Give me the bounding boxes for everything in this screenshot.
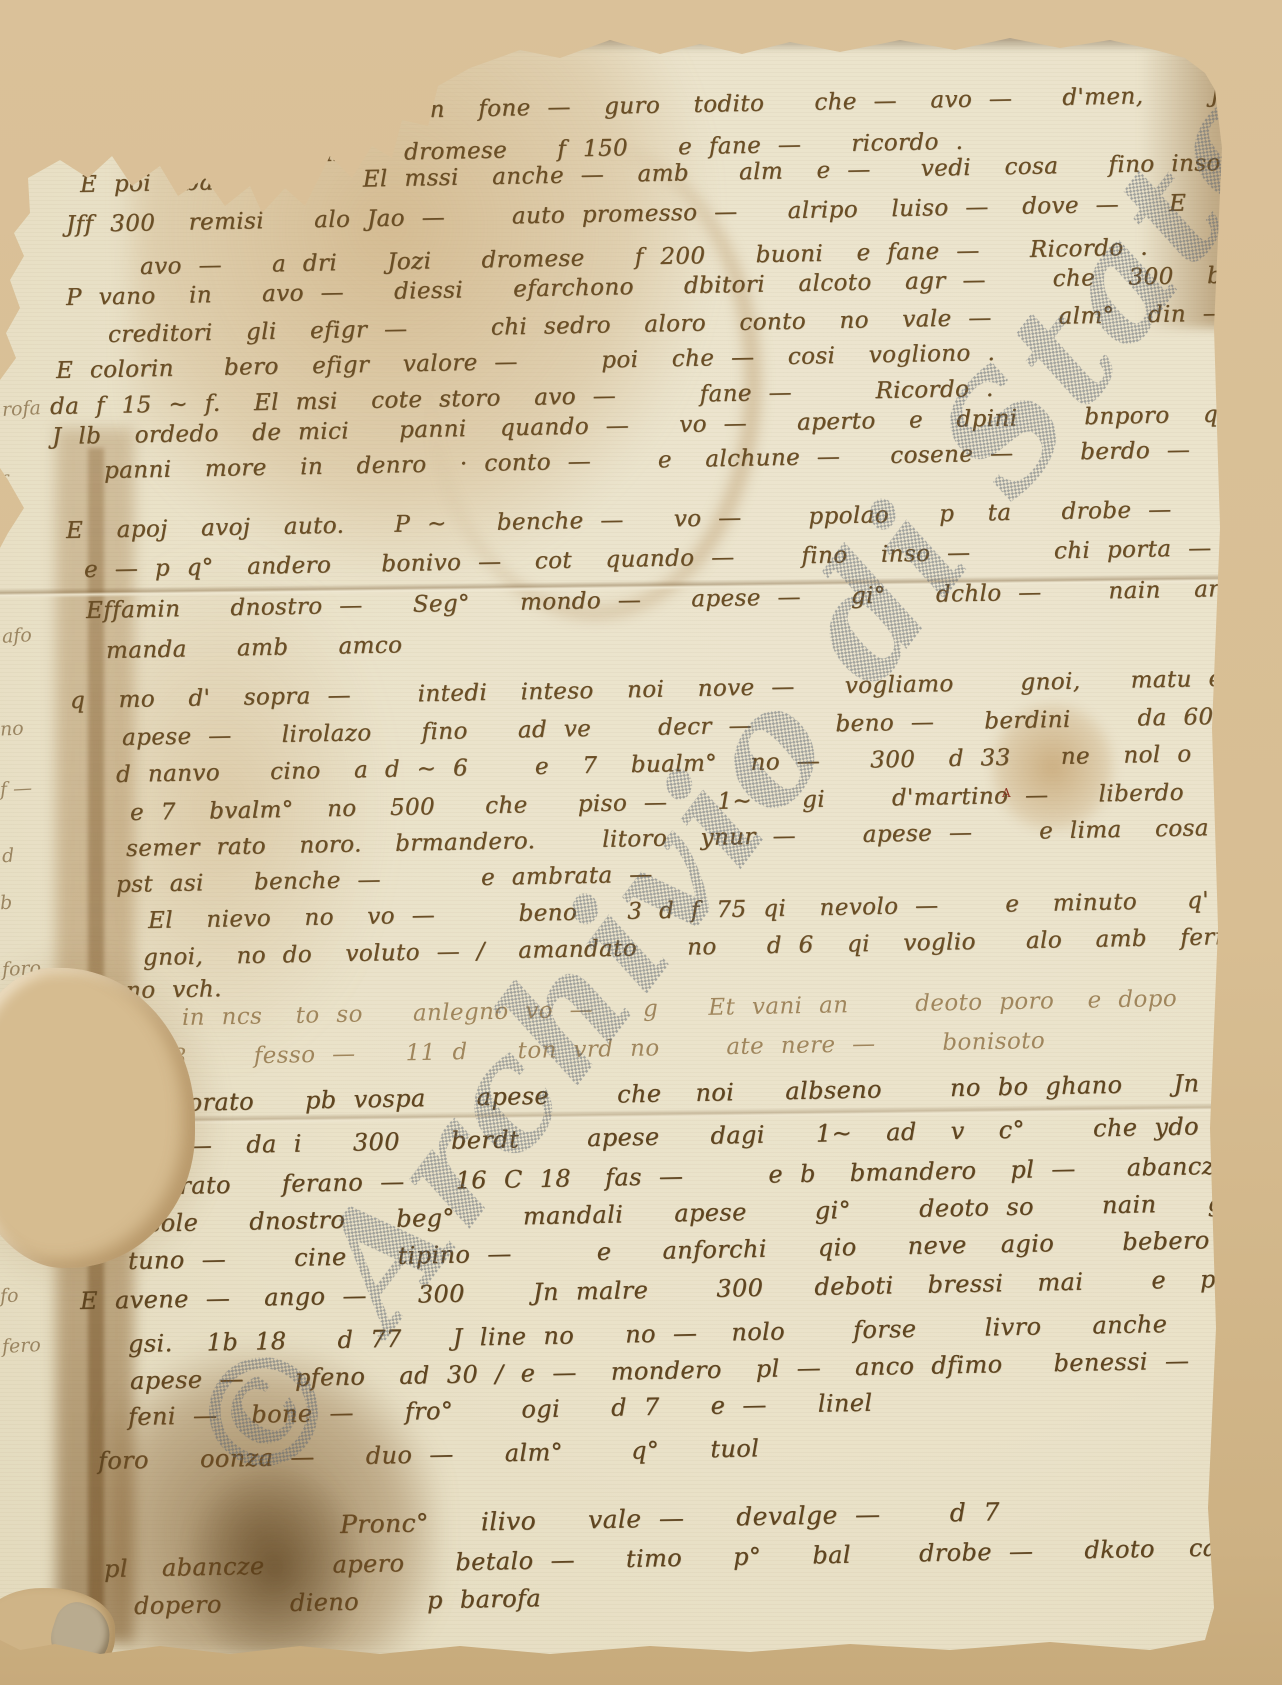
manuscript-line: pst asi benche — e ambrata — (116, 862, 653, 898)
manuscript-line: feni — bone — fro° ogi d 7 e — linel (128, 1389, 873, 1431)
manuscript-line: El mssi amb — alorin fone — guro todito … (120, 80, 1282, 129)
manuscript-line: E colorin bero efigr valore — poi che — … (56, 340, 996, 384)
signature-line: Pronc° ilivo vale — devalge — d 7 (340, 1497, 1000, 1539)
manuscript-line: in ncs to so anlegno vo — g Et vani an d… (182, 982, 1282, 1031)
scanned-document: El mssi amb — alorin fone — guro todito … (0, 0, 1282, 1685)
margin-fragment: d (1, 845, 14, 868)
margin-fragment: afo (1, 624, 32, 648)
margin-fragment: fero (1, 1334, 41, 1358)
margin-fragment: rofa (1, 397, 41, 421)
margin-fragment: f (0, 472, 8, 494)
manuscript-sheet: El mssi amb — alorin fone — guro todito … (0, 28, 1237, 1658)
top-edge-shadow (420, 28, 1220, 52)
margin-fragment: f — (0, 777, 33, 801)
manuscript-line: manda amb amco (106, 632, 403, 664)
manuscript-line: dopero dieno p barofa (134, 1584, 542, 1620)
margin-fragment: b (0, 892, 13, 915)
red-ink-annotation: A (1002, 786, 1011, 800)
manuscript-line: foro oonza — duo — alm° q° tuol (98, 1434, 760, 1475)
manuscript-line: e3 fesso — 11 d ton vrd no ate nere — bo… (158, 1028, 1046, 1071)
manuscript-line: pl abancze apero betalo — timo p° bal dr… (104, 1531, 1282, 1583)
margin-fragment: no (0, 717, 24, 740)
manuscript-line: d nanvo cino a d ~ 6 e 7 bualm° no — 300… (116, 741, 1192, 788)
